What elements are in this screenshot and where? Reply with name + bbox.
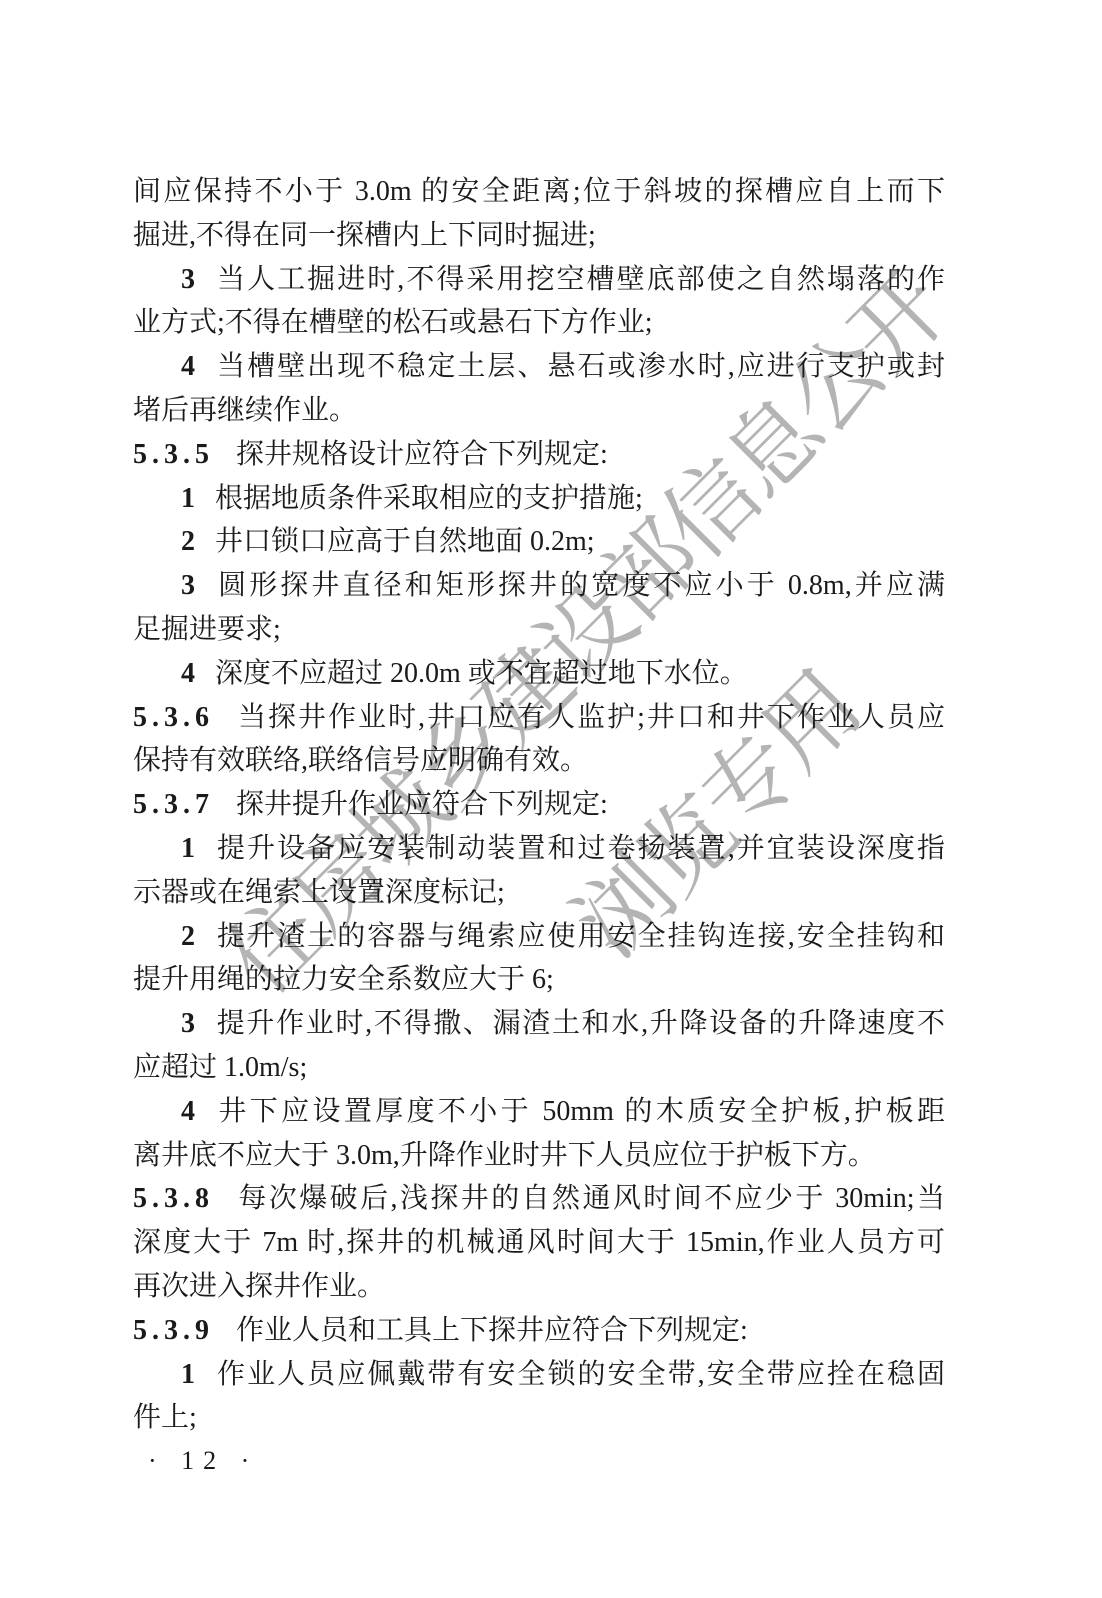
line-text: 当人工掘进时,不得采用挖空槽壁底部使之自然塌落的作	[215, 264, 945, 295]
list-item-line: 2提升渣土的容器与绳索应使用安全挂钩连接,安全挂钩和	[133, 915, 945, 959]
list-item-line: 3圆形探井直径和矩形探井的宽度不应小于 0.8m,并应满	[133, 564, 945, 608]
line-text: 井下应设置厚度不小于 50mm 的木质安全护板,护板距	[215, 1096, 945, 1127]
clause-number: 5.3.9	[133, 1315, 214, 1346]
list-item-line: 3当人工掘进时,不得采用挖空槽壁底部使之自然塌落的作	[133, 258, 945, 302]
line-text: 再次进入探井作业。	[133, 1271, 385, 1302]
text-line: 应超过 1.0m/s;	[133, 1046, 945, 1090]
list-item-line: 4井下应设置厚度不小于 50mm 的木质安全护板,护板距	[133, 1090, 945, 1134]
line-text: 探井规格设计应符合下列规定:	[236, 439, 608, 470]
list-item-line: 3提升作业时,不得撒、漏渣土和水,升降设备的升降速度不	[133, 1002, 945, 1046]
line-text: 足掘进要求;	[133, 614, 281, 645]
text-line: 再次进入探井作业。	[133, 1265, 945, 1309]
text-line: 保持有效联络,联络信号应明确有效。	[133, 739, 945, 783]
item-number: 4	[181, 1096, 195, 1127]
line-text: 提升作业时,不得撒、漏渣土和水,升降设备的升降速度不	[215, 1008, 945, 1039]
text-line: 足掘进要求;	[133, 608, 945, 652]
list-item-line: 4当槽壁出现不稳定土层、悬石或渗水时,应进行支护或封	[133, 345, 945, 389]
list-item-line: 2井口锁口应高于自然地面 0.2m;	[133, 520, 945, 564]
section-line: 5.3.8每次爆破后,浅探井的自然通风时间不应少于 30min;当	[133, 1177, 945, 1221]
line-text: 件上;	[133, 1402, 197, 1433]
list-item-line: 1提升设备应安装制动装置和过卷扬装置,并宜装设深度指	[133, 827, 945, 871]
text-line: 示器或在绳索上设置深度标记;	[133, 871, 945, 915]
item-number: 1	[181, 1359, 195, 1390]
text-line: 离井底不应大于 3.0m,升降作业时井下人员应位于护板下方。	[133, 1134, 945, 1178]
text-line: 件上;	[133, 1396, 945, 1440]
text-line: 提升用绳的拉力安全系数应大于 6;	[133, 958, 945, 1002]
line-text: 根据地质条件采取相应的支护措施;	[215, 483, 643, 514]
item-number: 2	[181, 526, 195, 557]
line-text: 业方式;不得在槽壁的松石或悬石下方作业;	[133, 307, 653, 338]
item-number: 3	[181, 1008, 195, 1039]
document-page: 住房城乡建设部信息公开 浏览专用 间应保持不小于 3.0m 的安全距离;位于斜坡…	[0, 0, 1102, 1598]
text-line: 间应保持不小于 3.0m 的安全距离;位于斜坡的探槽应自上而下	[133, 170, 945, 214]
line-text: 深度大于 7m 时,探井的机械通风时间大于 15min,作业人员方可	[133, 1227, 945, 1258]
clause-number: 5.3.8	[133, 1183, 214, 1214]
item-number: 3	[181, 264, 195, 295]
text-line: 堵后再继续作业。	[133, 389, 945, 433]
item-number: 2	[181, 921, 195, 952]
item-number: 4	[181, 658, 195, 689]
list-item-line: 1作业人员应佩戴带有安全锁的安全带,安全带应拴在稳固	[133, 1353, 945, 1397]
text-line: 深度大于 7m 时,探井的机械通风时间大于 15min,作业人员方可	[133, 1221, 945, 1265]
line-text: 作业人员应佩戴带有安全锁的安全带,安全带应拴在稳固	[215, 1359, 945, 1390]
text-line: 业方式;不得在槽壁的松石或悬石下方作业;	[133, 301, 945, 345]
section-line: 5.3.7探井提升作业应符合下列规定:	[133, 783, 945, 827]
line-text: 作业人员和工具上下探井应符合下列规定:	[236, 1315, 748, 1346]
clause-number: 5.3.7	[133, 789, 214, 820]
line-text: 提升用绳的拉力安全系数应大于 6;	[133, 964, 554, 995]
line-text: 每次爆破后,浅探井的自然通风时间不应少于 30min;当	[236, 1183, 945, 1214]
section-line: 5.3.5探井规格设计应符合下列规定:	[133, 433, 945, 477]
document-body-text: 间应保持不小于 3.0m 的安全距离;位于斜坡的探槽应自上而下掘进,不得在同一探…	[133, 170, 945, 1440]
line-text: 井口锁口应高于自然地面 0.2m;	[215, 526, 595, 557]
line-text: 示器或在绳索上设置深度标记;	[133, 877, 505, 908]
item-number: 3	[181, 570, 195, 601]
line-text: 应超过 1.0m/s;	[133, 1052, 307, 1083]
line-text: 提升渣土的容器与绳索应使用安全挂钩连接,安全挂钩和	[215, 921, 945, 952]
line-text: 提升设备应安装制动装置和过卷扬装置,并宜装设深度指	[215, 833, 945, 864]
line-text: 离井底不应大于 3.0m,升降作业时井下人员应位于护板下方。	[133, 1140, 876, 1171]
line-text: 当探井作业时,井口应有人监护;井口和井下作业人员应	[236, 702, 945, 733]
line-text: 当槽壁出现不稳定土层、悬石或渗水时,应进行支护或封	[215, 351, 945, 382]
line-text: 掘进,不得在同一探槽内上下同时掘进;	[133, 220, 596, 251]
line-text: 圆形探井直径和矩形探井的宽度不应小于 0.8m,并应满	[215, 570, 945, 601]
list-item-line: 1根据地质条件采取相应的支护措施;	[133, 477, 945, 521]
line-text: 探井提升作业应符合下列规定:	[236, 789, 608, 820]
line-text: 保持有效联络,联络信号应明确有效。	[133, 745, 588, 776]
section-line: 5.3.6当探井作业时,井口应有人监护;井口和井下作业人员应	[133, 696, 945, 740]
section-line: 5.3.9作业人员和工具上下探井应符合下列规定:	[133, 1309, 945, 1353]
item-number: 1	[181, 833, 195, 864]
item-number: 1	[181, 483, 195, 514]
list-item-line: 4深度不应超过 20.0m 或不宜超过地下水位。	[133, 652, 945, 696]
line-text: 堵后再继续作业。	[133, 395, 357, 426]
line-text: 深度不应超过 20.0m 或不宜超过地下水位。	[215, 658, 748, 689]
line-text: 间应保持不小于 3.0m 的安全距离;位于斜坡的探槽应自上而下	[133, 176, 945, 207]
clause-number: 5.3.5	[133, 439, 214, 470]
clause-number: 5.3.6	[133, 702, 214, 733]
item-number: 4	[181, 351, 195, 382]
text-line: 掘进,不得在同一探槽内上下同时掘进;	[133, 214, 945, 258]
page-number: · 12 ·	[148, 1446, 258, 1476]
